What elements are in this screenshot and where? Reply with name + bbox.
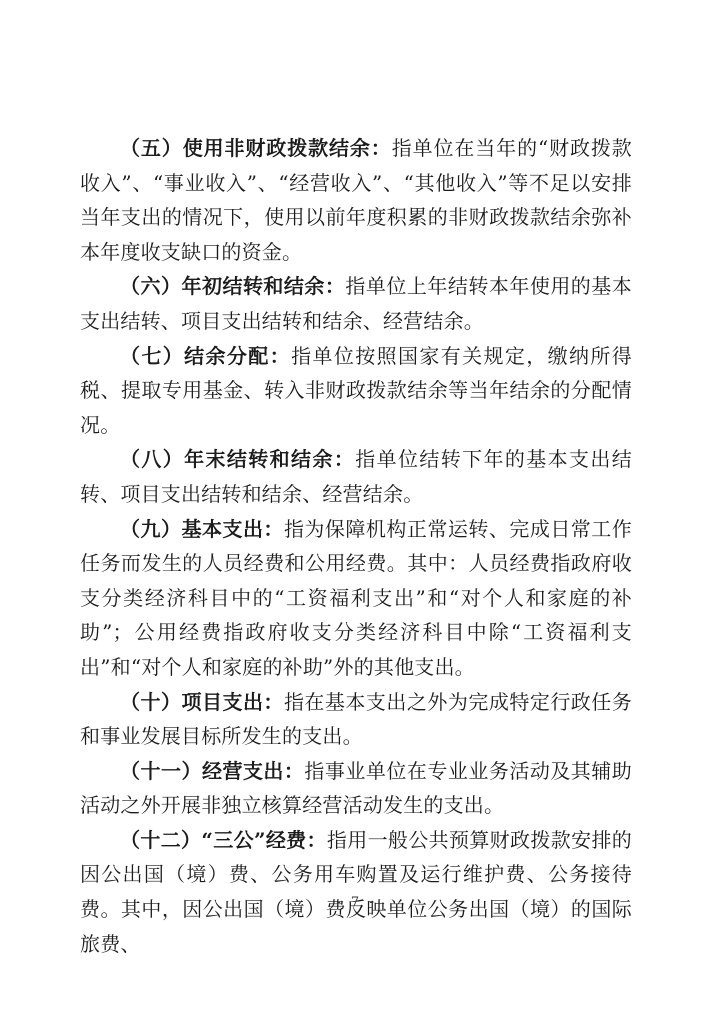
definition-paragraph: （八）年末结转和结余：指单位结转下年的基本支出结转、项目支出结转和结余、经营结余… xyxy=(80,442,632,511)
page-number: - 7 - xyxy=(0,895,713,910)
document-page: （五）使用非财政拨款结余：指单位在当年的“财政拨款收入”、“事业收入”、“经营收… xyxy=(0,0,713,1010)
definition-term: （五）使用非财政拨款结余： xyxy=(120,136,392,160)
definition-paragraph: （十一）经营支出：指事业单位在专业业务活动及其辅助活动之外开展非独立核算经营活动… xyxy=(80,754,632,823)
definition-term: （十）项目支出： xyxy=(120,690,284,714)
definition-paragraph: （六）年初结转和结余：指单位上年结转本年使用的基本支出结转、项目支出结转和结余、… xyxy=(80,269,632,338)
definition-term: （八）年末结转和结余： xyxy=(120,447,355,471)
definition-term: （九）基本支出： xyxy=(120,517,284,541)
definition-paragraph: （七）结余分配：指单位按照国家有关规定，缴纳所得税、提取专用基金、转入非财政拨款… xyxy=(80,339,632,443)
definition-term: （六）年初结转和结余： xyxy=(120,274,345,298)
definition-paragraph: （十）项目支出：指在基本支出之外为完成特定行政任务和事业发展目标所发生的支出。 xyxy=(80,685,632,754)
definition-paragraph: （十二）“三公”经费：指用一般公共预算财政拨款安排的因公出国（境）费、公务用车购… xyxy=(80,823,632,961)
definition-term: （十二）“三公”经费： xyxy=(120,828,327,852)
definition-term: （七）结余分配： xyxy=(120,344,291,368)
document-body: （五）使用非财政拨款结余：指单位在当年的“财政拨款收入”、“事业收入”、“经营收… xyxy=(80,131,632,961)
definition-paragraph: （九）基本支出：指为保障机构正常运转、完成日常工作任务而发生的人员经费和公用经费… xyxy=(80,512,632,685)
definition-paragraph: （五）使用非财政拨款结余：指单位在当年的“财政拨款收入”、“事业收入”、“经营收… xyxy=(80,131,632,269)
definition-term: （十一）经营支出： xyxy=(120,759,304,783)
